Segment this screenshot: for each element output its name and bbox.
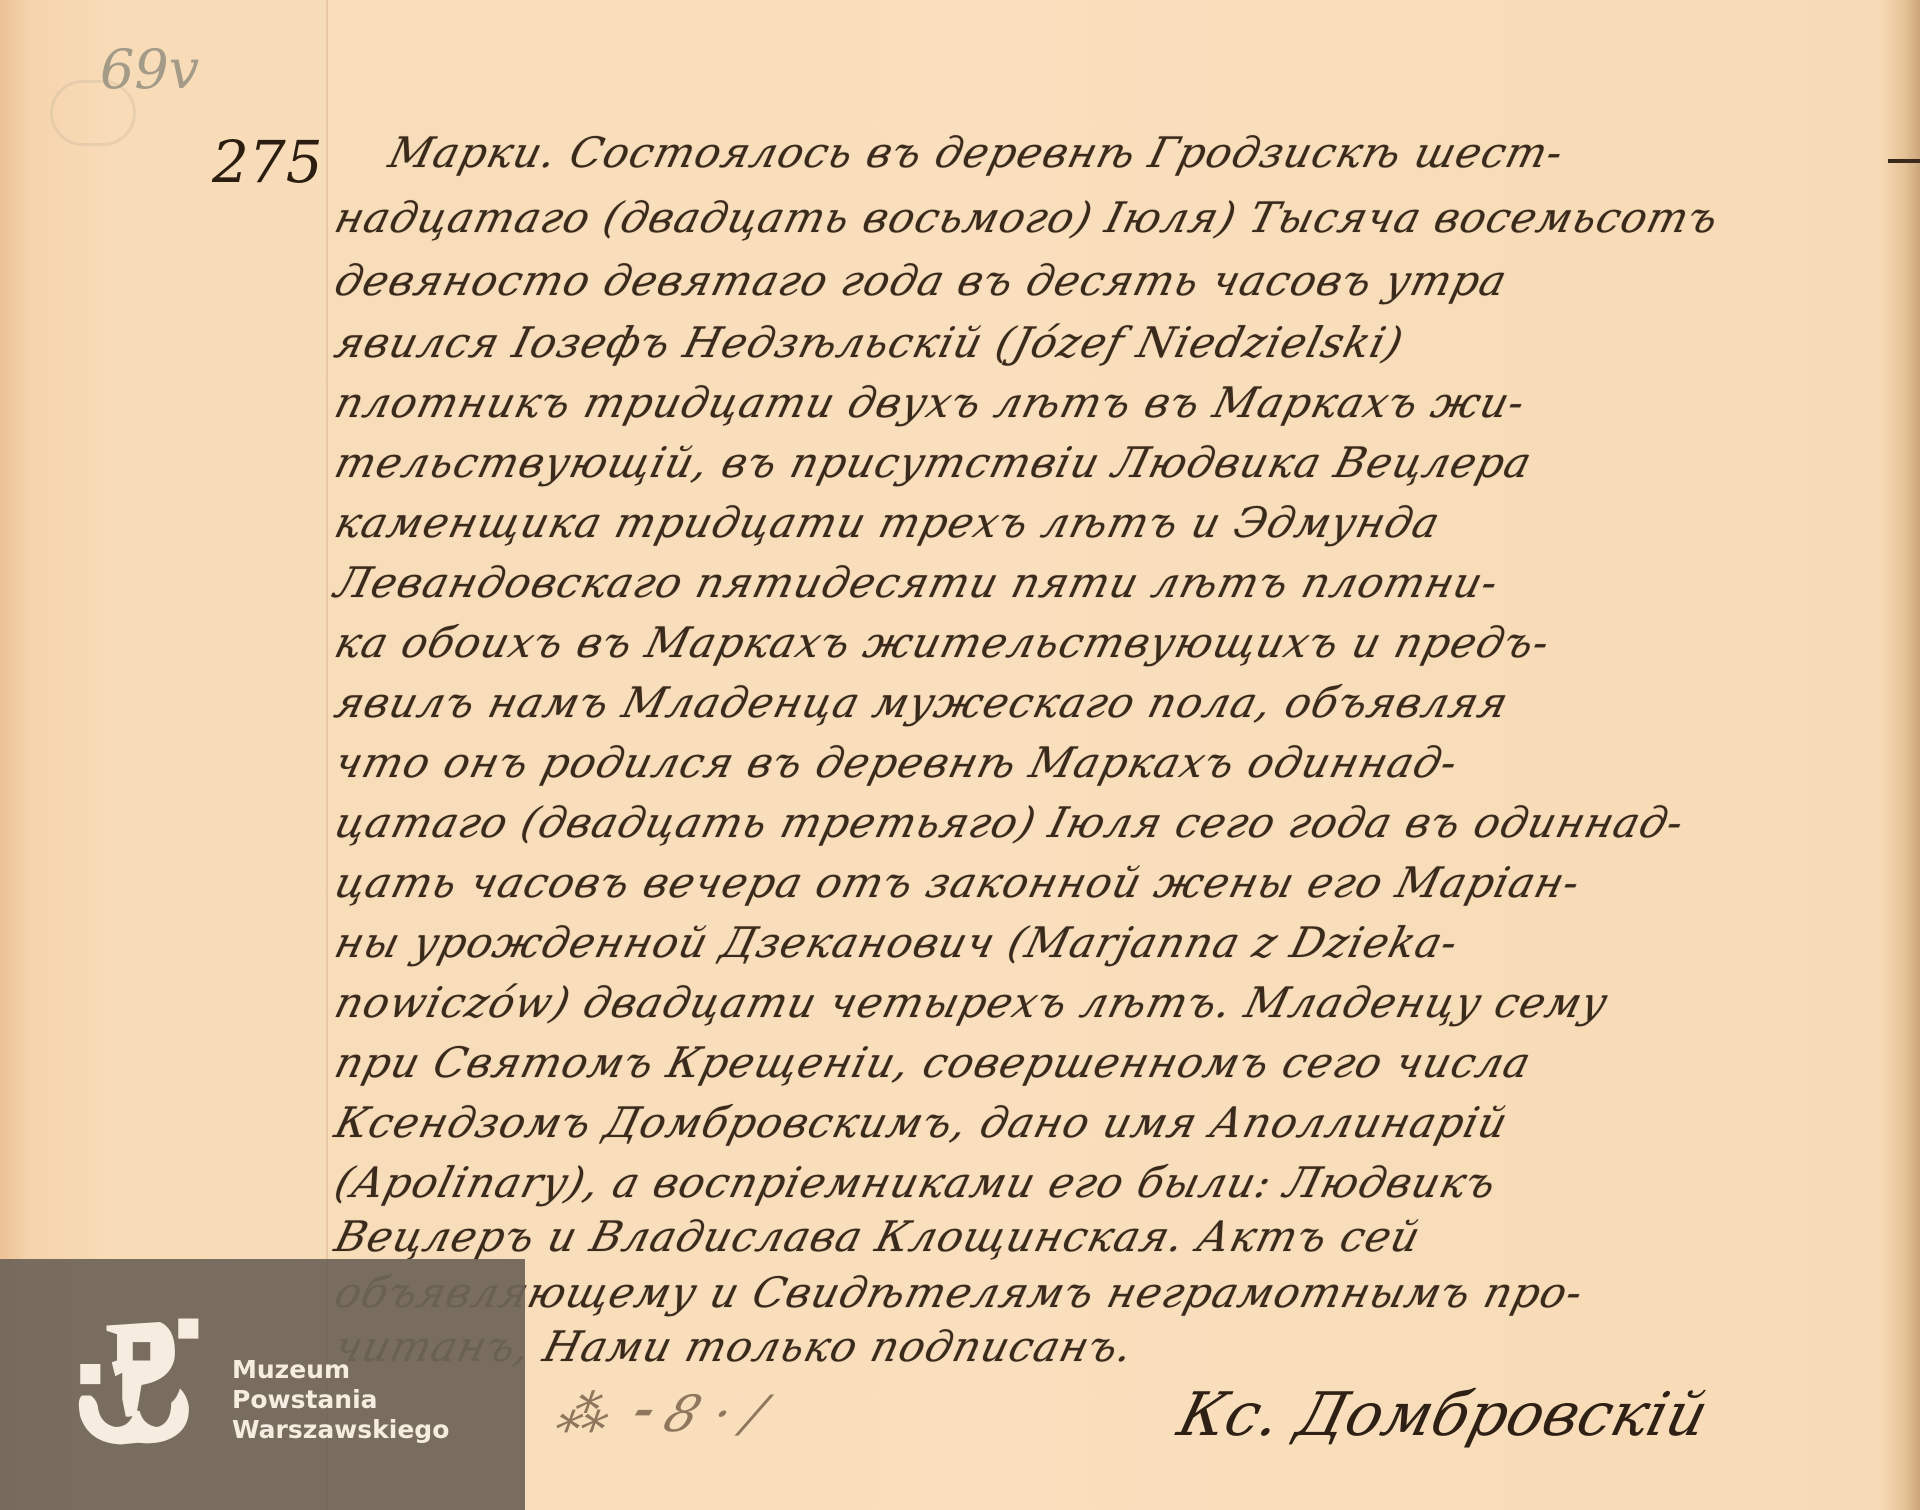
text-line: явилъ намъ Младенца мужескаго пола, объя… bbox=[330, 678, 1514, 727]
text-line: Марки. Состоялось въ деревнѣ Гродзискѣ ш… bbox=[384, 128, 1569, 177]
museum-name-line2: Powstania bbox=[232, 1385, 449, 1415]
text-line: при Святомъ Крещеніи, совершенномъ сего … bbox=[330, 1038, 1536, 1087]
margin-mark bbox=[1888, 159, 1920, 163]
text-line: ка обоихъ въ Маркахъ жительствующихъ и п… bbox=[330, 618, 1555, 667]
folio-number: 69v bbox=[100, 38, 199, 101]
text-line: тельствующій, въ присутствіи Людвика Вец… bbox=[330, 438, 1537, 487]
text-line: Вецлеръ и Владислава Клощинская. Актъ се… bbox=[330, 1212, 1426, 1261]
faded-seal: ⁂ ⁃ 8 · / bbox=[549, 1385, 773, 1443]
kotwica-anchor-icon bbox=[68, 1309, 208, 1454]
text-line: цатаго (двадцать третьяго) Іюля сего год… bbox=[330, 798, 1689, 847]
text-line: цать часовъ вечера отъ законной жены его… bbox=[330, 858, 1586, 907]
museum-name-line1: Muzeum bbox=[232, 1355, 449, 1385]
text-line: каменщика тридцати трехъ лѣтъ и Эдмунда bbox=[330, 498, 1445, 547]
entry-number: 275 bbox=[212, 128, 323, 196]
signature: Кс. Домбровскій bbox=[1171, 1380, 1715, 1450]
museum-name: Muzeum Powstania Warszawskiego bbox=[232, 1355, 449, 1445]
text-line: ны урожденной Дзеканович (Marjanna z Dzi… bbox=[330, 918, 1463, 967]
museum-watermark: Muzeum Powstania Warszawskiego bbox=[0, 1259, 525, 1510]
text-line: nowiczów) двадцати четырехъ лѣтъ. Младен… bbox=[330, 978, 1613, 1027]
text-line: Ксендзомъ Домбровскимъ, дано имя Аполлин… bbox=[330, 1098, 1513, 1147]
text-line: Левандовскаго пятидесяти пяти лѣтъ плотн… bbox=[330, 558, 1504, 607]
museum-name-line3: Warszawskiego bbox=[232, 1415, 449, 1445]
text-line: плотникъ тридцати двухъ лѣтъ въ Маркахъ … bbox=[330, 378, 1530, 427]
text-line: надцатаго (двадцать восьмого) Іюля) Тыся… bbox=[330, 193, 1724, 242]
text-line: (Apolinary), а воспріемниками его были: … bbox=[330, 1158, 1502, 1207]
text-line: явился Іозефъ Недзѣльскій (Józef Niedzie… bbox=[330, 318, 1409, 367]
text-line: девяносто девятаго года въ десять часовъ… bbox=[330, 256, 1512, 305]
text-line: что онъ родился въ деревнѣ Маркахъ одинн… bbox=[330, 738, 1463, 787]
